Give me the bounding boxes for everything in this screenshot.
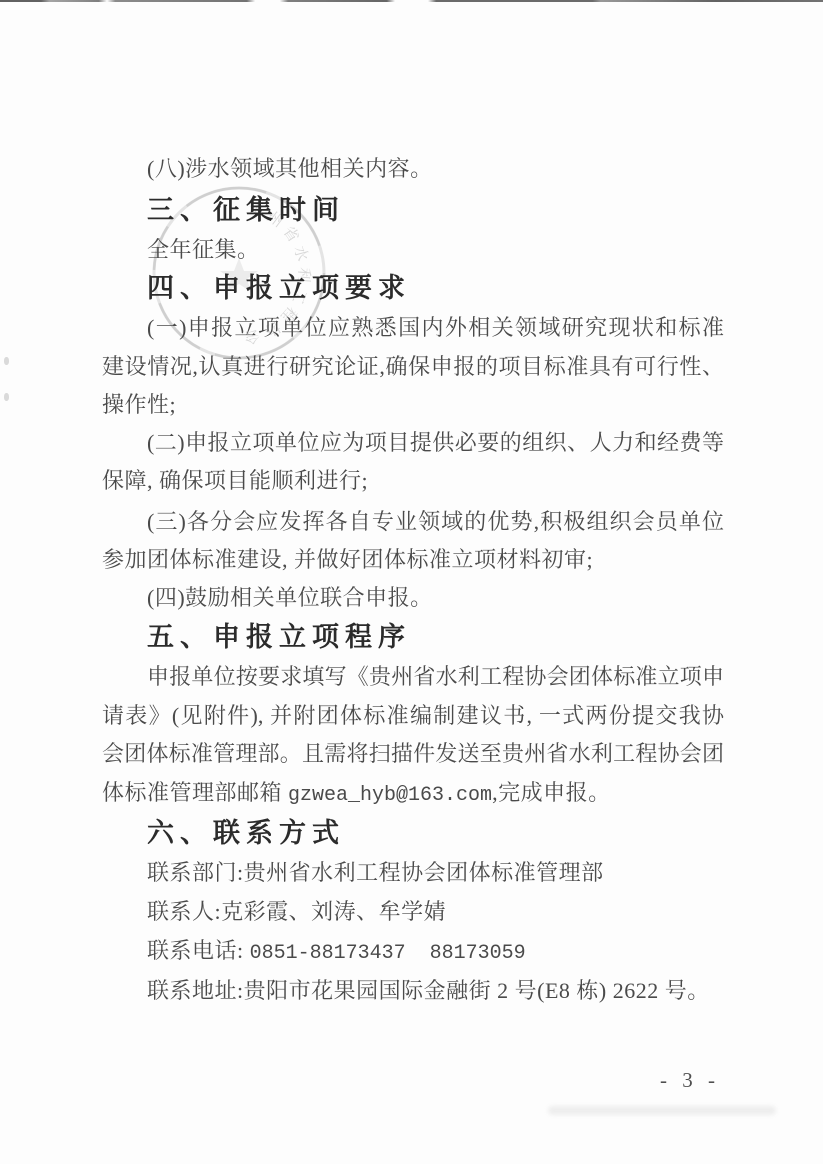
section-heading: 四、申报立项要求 [102,269,724,308]
doc-line: 请表》(见附件), 并附团体标准编制建议书, 一式两份提交我协 [102,696,724,735]
doc-line: 保障, 确保项目能顺利进行; [102,461,724,500]
doc-line: (三)各分会应发挥各自专业领域的优势,积极组织会员单位 [102,502,724,541]
contact-address-line: 联系地址:贵阳市花果园国际金融街 2 号(E8 栋) 2622 号。 [102,971,724,1010]
doc-line: (四)鼓励相关单位联合申报。 [102,578,724,617]
doc-line: 操作性; [102,385,724,424]
phone-label: 联系电话: [147,938,250,963]
document-content: (八)涉水领域其他相关内容。 三、征集时间 全年征集。 四、申报立项要求 (一)… [0,0,823,1164]
doc-line: (一)申报立项单位应熟悉国内外相关领域研究现状和标准 [102,308,724,347]
scan-speck [4,357,9,365]
section-heading: 三、征集时间 [102,191,724,230]
section-heading: 五、申报立项程序 [102,618,724,657]
email-line-suffix: ,完成申报。 [492,780,611,805]
scan-speck [4,393,9,401]
doc-line: 会团体标准管理部。且需将扫描件发送至贵州省水利工程协会团 [102,734,724,773]
email-address: gzwea_hyb@163.com [288,784,492,807]
contact-person-line: 联系人:克彩霞、刘涛、牟学婧 [102,892,724,931]
doc-line: 全年征集。 [102,230,724,269]
doc-line: 建设情况,认真进行研究论证,确保申报的项目标准具有可行性、 [102,347,724,386]
contact-phone-line: 联系电话: 0851-88173437 88173059 [102,931,724,970]
doc-line: 申报单位按要求填写《贵州省水利工程协会团体标准立项申 [102,657,724,696]
phone-numbers: 0851-88173437 88173059 [250,942,526,965]
contact-department-line: 联系部门:贵州省水利工程协会团体标准管理部 [102,853,724,892]
page-number: - 3 - [660,1068,720,1093]
doc-line: 体标准管理部邮箱 gzwea_hyb@163.com,完成申报。 [102,773,724,812]
scanned-document-page: 贵州省水利工程协会 (八)涉水领域其他相关内容。 三、征集时间 全年征集。 四、… [0,0,823,1164]
doc-line: (八)涉水领域其他相关内容。 [102,149,724,188]
doc-line: (二)申报立项单位应为项目提供必要的组织、人力和经费等 [102,423,724,462]
section-heading: 六、联系方式 [102,814,724,853]
scan-smudge-artifact [548,1106,776,1115]
doc-line: 参加团体标准建设, 并做好团体标准立项材料初审; [102,540,724,579]
email-line-prefix: 体标准管理部邮箱 [102,780,288,805]
